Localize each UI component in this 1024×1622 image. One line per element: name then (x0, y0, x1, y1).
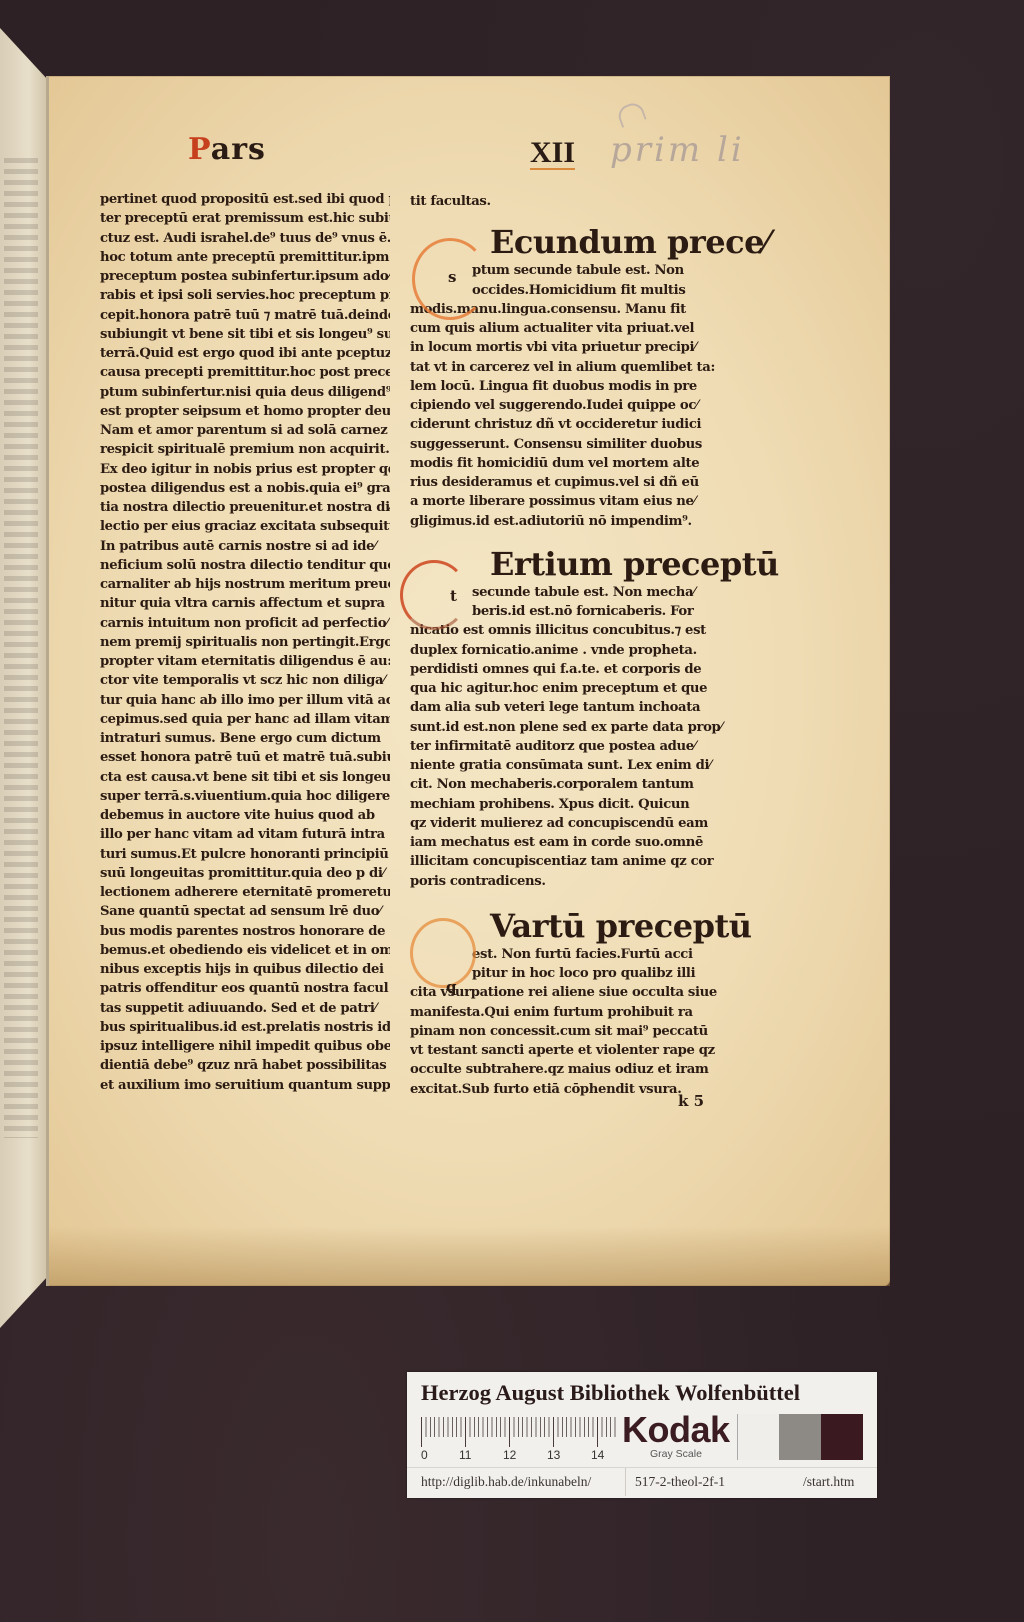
column-line: nem premij spiritualis non pertingit.Erg… (100, 633, 390, 652)
url-divider (625, 1468, 626, 1496)
column-line: qua hic agitur.hoc enim preceptum et que (410, 679, 728, 698)
column-line: Ex deo igitur in nobis prius est propter… (100, 460, 390, 479)
column-line: neficium solū nostra dilectio tenditur q… (100, 556, 390, 575)
section-body: secunde tabule est. Non mecha⁄beris.id e… (410, 583, 728, 891)
column-line: sunt.id est.non plene sed ex parte data … (410, 718, 728, 737)
running-head-rubric-initial: P (188, 132, 211, 167)
column-line: ciderunt christuz dñ vt occideretur iudi… (410, 415, 728, 434)
column-line: super terrā.s.viuentium.quia hoc diliger… (100, 787, 390, 806)
column-line: lem locū. Lingua fit duobus modis in pre (410, 377, 728, 396)
column-line: tia nostra dilectio preuenitur.et nostra… (100, 498, 390, 517)
ruler-label: 12 (503, 1448, 516, 1462)
ruler-tick (597, 1417, 598, 1447)
column-line: carnaliter ab hijs nostrum meritum preue (100, 575, 390, 594)
ruler-label: 11 (459, 1448, 471, 1462)
column-line: cita vsurpatione rei aliene siue occulta… (410, 983, 728, 1002)
column-line: duplex fornicatio.anime . vnde propheta. (410, 641, 728, 660)
column-line: dientiā debe⁹ qzuz nrā habet possibilita… (100, 1056, 390, 1075)
shelfmark: 517-2-theol-2f-1 (635, 1474, 725, 1490)
column-line: respicit spiritualē premium non acquirit… (100, 440, 390, 459)
rubricated-initial-q (410, 918, 476, 988)
column-line: in locum mortis vbi vita priuetur precip… (410, 338, 728, 357)
url-prefix: http://diglib.hab.de/inkunabeln/ (421, 1474, 591, 1490)
column-line: Sane quantū spectat ad sensum lrē duo⁄ (100, 902, 390, 921)
column-line: turi sumus.Et pulcre honoranti principiū (100, 845, 390, 864)
column-line: cum quis alium actualiter vita priuat.ve… (410, 319, 728, 338)
column-line: cipiendo vel suggerendo.Iudei quippe oc⁄ (410, 396, 728, 415)
column-line: mechiam prohibens. Xpus dicit. Quicun (410, 795, 728, 814)
ruler-labels: 0 11 12 13 14 (421, 1448, 631, 1464)
library-name: Herzog August Bibliothek Wolfenbüttel (421, 1380, 800, 1406)
column-line: cepit.honora patrē tuū ⁊ matrē tuā.deind… (100, 306, 390, 325)
ruler-label: 13 (547, 1448, 560, 1462)
guide-letter-q: q (446, 978, 457, 996)
gray-swatch-dark (821, 1414, 863, 1460)
ruler-label: 0 (421, 1448, 428, 1462)
column-line: nitur quia vltra carnis affectum et supr… (100, 594, 390, 613)
column-line: tit facultas. (410, 192, 728, 211)
column-line: rius desideramus et cupimus.vel si dñ eū (410, 473, 728, 492)
column-line: pertinet quod propositū est.sed ibi quod… (100, 190, 390, 209)
column-line: occulte subtrahere.qz maius odiuz et ira… (410, 1060, 728, 1079)
url-suffix: /start.htm (803, 1474, 854, 1490)
column-line: illo per hanc vitam ad vitam futurā intr… (100, 825, 390, 844)
column-line: cepimus.sed quia per hanc ad illam vitam (100, 710, 390, 729)
column-line: debemus in auctore vite huius quod ab (100, 806, 390, 825)
column-line: pinam non concessit.cum sit mai⁹ peccatū (410, 1022, 728, 1041)
column-line: lectionem adherere eternitatē promeretur (100, 883, 390, 902)
ruler-tick (553, 1417, 554, 1447)
column-line: illicitam concupiscentiaz tam anime qz c… (410, 852, 728, 871)
running-head: Pars (188, 132, 266, 167)
column-line: causa precepti premittitur.hoc post prec… (100, 363, 390, 382)
column-line: a morte liberare possimus vitam eius ne⁄ (410, 492, 728, 511)
column-line: terrā.Quid est ergo quod ibi ante pceptu… (100, 344, 390, 363)
rubricated-initial-t (400, 560, 468, 630)
column-line: et auxilium imo seruitium quantum suppe (100, 1076, 390, 1095)
column-line: modis fit homicidiū dum vel mortem alte (410, 454, 728, 473)
ruler-label: 14 (591, 1448, 604, 1462)
column-line: ctor vite temporalis vt scz hic non dili… (100, 671, 390, 690)
scale-ruler (421, 1417, 617, 1449)
folio-number: XII (530, 138, 575, 170)
column-line: bus modis parentes nostros honorare de (100, 922, 390, 941)
column-line: cit. Non mechaberis.corporalem tantum (410, 775, 728, 794)
column-line: ter infirmitatē auditorz que postea adue… (410, 737, 728, 756)
column-line: ptum subinfertur.nisi quia deus diligend… (100, 383, 390, 402)
ruler-tick (421, 1417, 422, 1447)
column-line: dam alia sub veteri lege tantum inchoata (410, 698, 728, 717)
guide-letter-t: t (450, 587, 457, 605)
ruler-tick (509, 1417, 510, 1447)
guide-letter-s: s (448, 268, 456, 286)
column-line: tat vt in carcerez vel in alium quemlibe… (410, 358, 728, 377)
ruler-tick (465, 1417, 466, 1447)
gray-swatch-white (737, 1414, 780, 1460)
facing-page-text-bleed (4, 158, 38, 1138)
column-line: iam mechatus est eam in corde suo.omnē (410, 833, 728, 852)
column-line: suū longeuitas promittitur.quia deo p di… (100, 864, 390, 883)
column-line: niente gratia consūmata sunt. Lex enim d… (410, 756, 728, 775)
column-line: nicatio est omnis illicitus concubitus.⁊… (410, 621, 728, 640)
column-line: carnis intuitum non proficit ad perfecti… (100, 614, 390, 633)
column-line: rabis et ipsi soli servies.hoc preceptum… (100, 286, 390, 305)
column-line: bemus.et obediendo eis videlicet et in o… (100, 941, 390, 960)
column-line: nibus exceptis hijs in quibus dilectio d… (100, 960, 390, 979)
facing-page-edge (0, 28, 48, 1328)
column-line: lectio per eius graciaz excitata subsequ… (100, 517, 390, 536)
column-line: ipsuz intelligere nihil impedit quibus o… (100, 1037, 390, 1056)
signature-mark: k 5 (678, 1092, 704, 1110)
column-line: In patribus autē carnis nostre si ad ide… (100, 537, 390, 556)
left-text-column: pertinet quod propositū est.sed ibi quod… (100, 190, 390, 1095)
column-line: gligimus.id est.adiutoriū nō impendim⁹. (410, 512, 728, 531)
library-label-card: Herzog August Bibliothek Wolfenbüttel 0 … (407, 1372, 877, 1498)
column-line: est propter seipsum et homo propter deum (100, 402, 390, 421)
column-line: propter vitam eternitatis diligendus ē a… (100, 652, 390, 671)
column-line: intraturi sumus. Bene ergo cum dictum (100, 729, 390, 748)
column-line: suggesserunt. Consensu similiter duobus (410, 435, 728, 454)
column-line: tas suppetit adiuuando. Sed et de patri⁄ (100, 999, 390, 1018)
column-line: bus spiritualibus.id est.prelatis nostri… (100, 1018, 390, 1037)
column-line: ctuz est. Audi israhel.de⁹ tuus de⁹ vnus… (100, 229, 390, 248)
column-line: esset honora patrē tuū et matrē tuā.subi… (100, 748, 390, 767)
column-line: manifesta.Qui enim furtum prohibuit ra (410, 1003, 728, 1022)
column-line: vt testant sancti aperte et violenter ra… (410, 1041, 728, 1060)
gutter-line (46, 76, 49, 1286)
running-head-text: ars (211, 132, 266, 167)
marginal-note: prim li (610, 130, 745, 170)
url-row: http://diglib.hab.de/inkunabeln/ 517-2-t… (407, 1467, 877, 1496)
column-line: qz viderit mulierez ad concupiscendū eam (410, 814, 728, 833)
column-line: tur quia hanc ab illo imo per illum vitā… (100, 691, 390, 710)
column-line: perdidisti omnes qui f.a.te. et corporis… (410, 660, 728, 679)
gray-swatch-mid (779, 1414, 821, 1460)
column-line: cta est causa.vt bene sit tibi et sis lo… (100, 768, 390, 787)
column-line: subiungit vt bene sit tibi et sis longeu… (100, 325, 390, 344)
kodak-logo: Kodak (622, 1410, 730, 1450)
column-line: preceptum postea subinfertur.ipsum ado⁄ (100, 267, 390, 286)
column-line: postea diligendus est a nobis.quia ei⁹ g… (100, 479, 390, 498)
gray-scale-label: Gray Scale (650, 1448, 702, 1460)
column-line: hoc totum ante preceptū premittitur.ipm (100, 248, 390, 267)
column-line: ter preceptū erat premissum est.hic subi… (100, 209, 390, 228)
column-line: patris offenditur eos quantū nostra facu… (100, 979, 390, 998)
column-line: poris contradicens. (410, 872, 728, 891)
column-line: Nam et amor parentum si ad solā carnez (100, 421, 390, 440)
